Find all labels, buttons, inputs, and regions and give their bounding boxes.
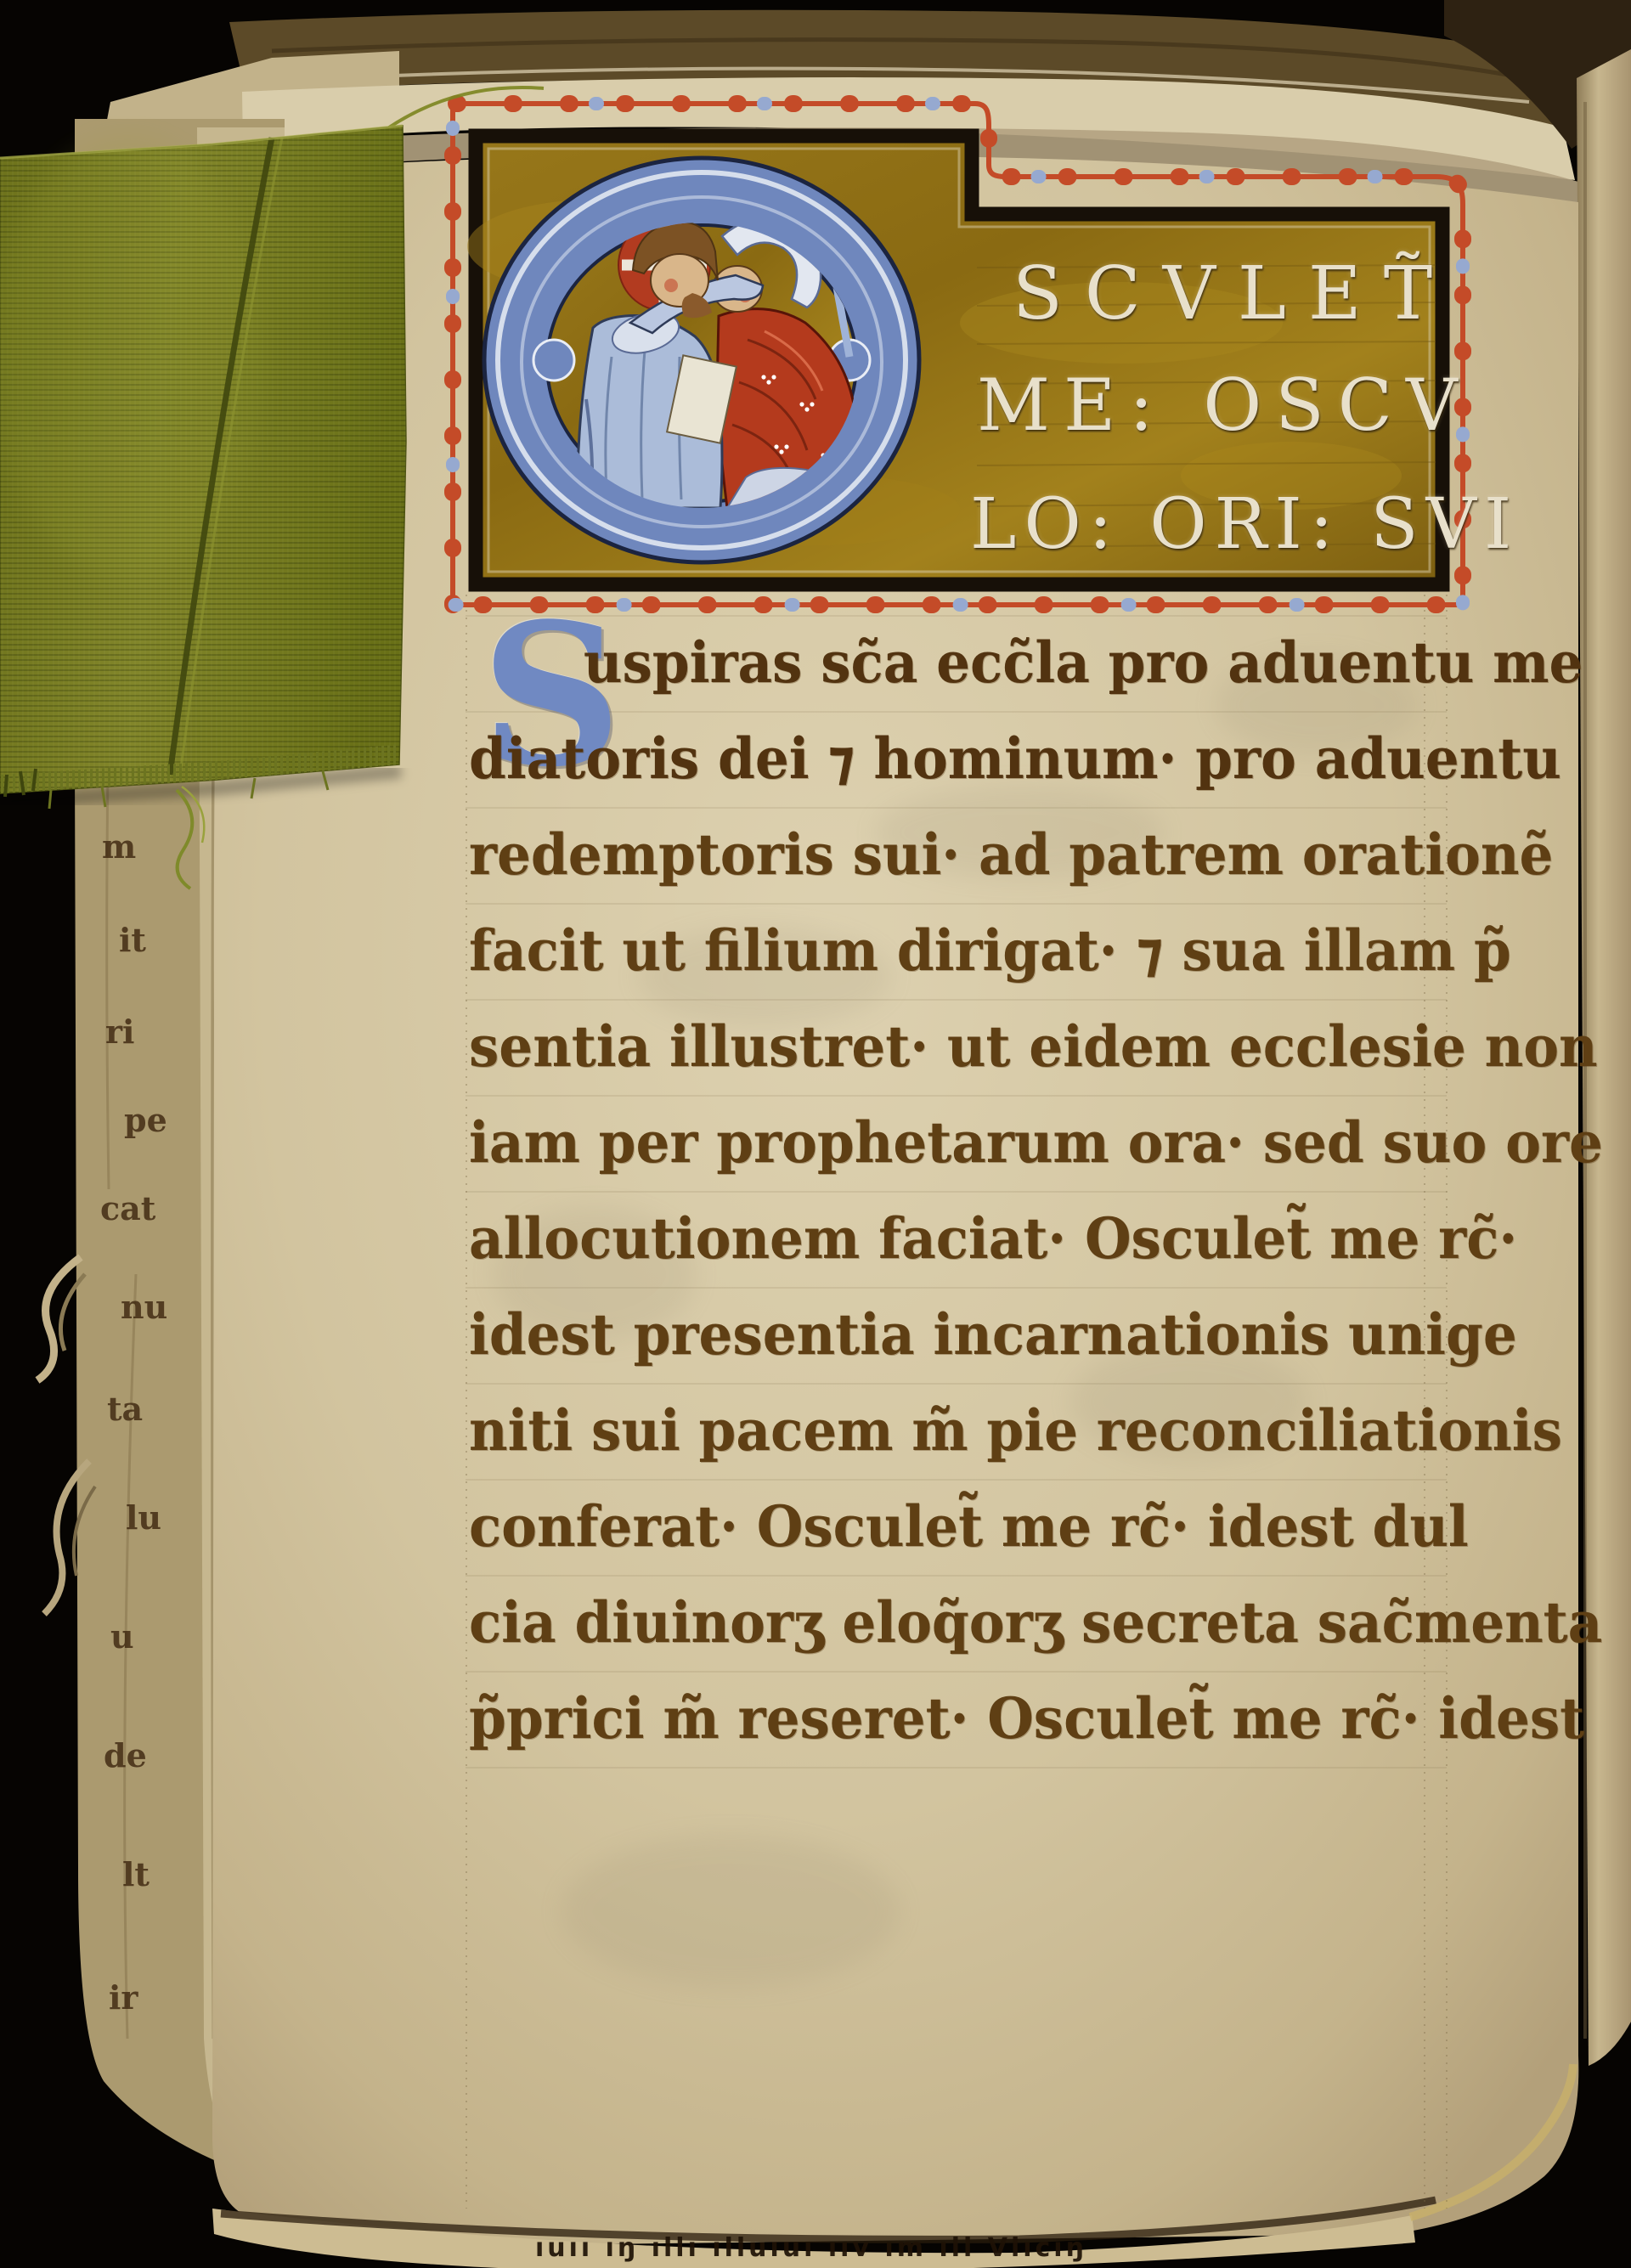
edge-fragment: nu bbox=[121, 1288, 167, 1326]
text-line-1: uspiras sc̃a ecc̃la pro aduentu me bbox=[469, 615, 1437, 710]
edge-fragment: de bbox=[104, 1736, 147, 1774]
text-line-6: iam per prophetarum ora· sed suo ore bbox=[469, 1095, 1437, 1190]
display-capitals-line-1: SCVLET̃ bbox=[1013, 251, 1454, 336]
text-line-3: redemptoris sui· ad patrem orationẽ bbox=[469, 807, 1437, 902]
text-line-12: p̃prici m̃ reseret· Osculet̃ me rc̃· ide… bbox=[469, 1671, 1437, 1766]
edge-fragment: ri bbox=[105, 1013, 134, 1051]
initial-o-miniature bbox=[484, 158, 919, 562]
ring-cusp-left bbox=[533, 340, 574, 381]
edge-fragment: it bbox=[119, 921, 146, 959]
text-line-8: idest presentia incarnationis unige bbox=[469, 1287, 1437, 1382]
manuscript-page-photo: m it ri pe cat nu ta lu u de lt ir ıuıı … bbox=[0, 0, 1631, 2268]
text-line-4: facit ut filium dirigat· ⁊ sua illam p̃ bbox=[469, 903, 1437, 998]
edge-fragment: cat bbox=[100, 1189, 156, 1227]
text-line-9: niti sui pacem m̃ pie reconciliationis bbox=[469, 1383, 1437, 1478]
edge-fragment: ta bbox=[107, 1390, 143, 1428]
text-line-5: sentia illustret· ut eidem ecclesie non bbox=[469, 999, 1437, 1094]
edge-fragment: pe bbox=[124, 1101, 167, 1139]
edge-fragment: m bbox=[102, 827, 136, 866]
edge-fragment: u bbox=[110, 1617, 134, 1656]
text-line-2: diatoris dei ⁊ hominum· pro aduentu bbox=[469, 711, 1437, 806]
edge-fragment: lu bbox=[126, 1498, 161, 1537]
text-line-11: cia diuinorʒ eloq̃orʒ secreta sac̃menta bbox=[469, 1575, 1437, 1670]
text-line-7: allocutionem faciat· Osculet̃ me rc̃· bbox=[469, 1191, 1437, 1286]
edge-fragment: ir bbox=[109, 1978, 138, 2017]
display-capitals-line-2: ME: OSCV bbox=[977, 364, 1471, 447]
edge-fragment: lt bbox=[122, 1855, 150, 1893]
next-page-text-peek: ıuıı ıŋ ıllı ılluıuı ııv ım ıll Vlıcıŋ bbox=[535, 2233, 1087, 2263]
display-capitals-line-3: LO: ORI: SVI bbox=[970, 484, 1519, 565]
text-line-10: conferat· Osculet̃ me rc̃· idest dul bbox=[469, 1479, 1437, 1574]
